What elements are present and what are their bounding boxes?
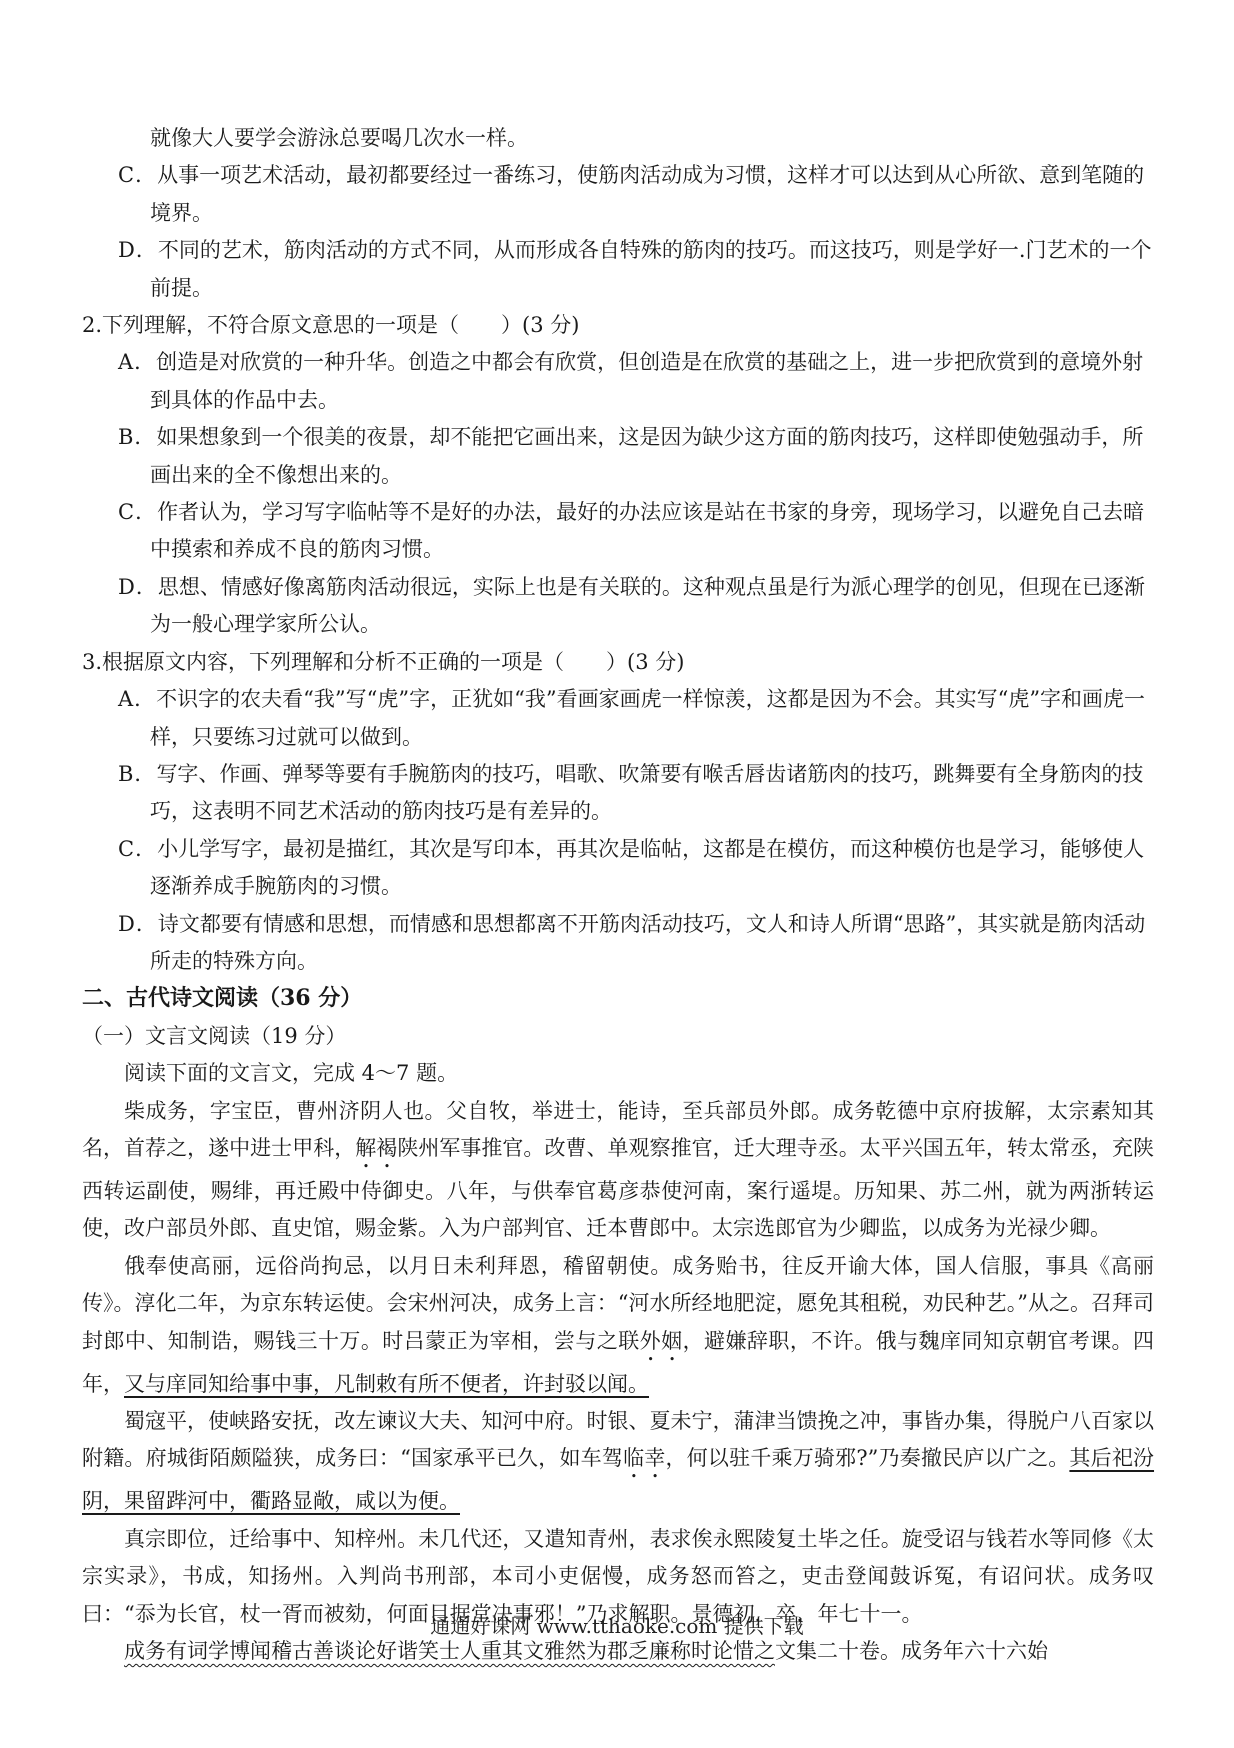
question2-option-a: A．创造是对欣赏的一种升华。创造之中都会有欣赏，但创造是在欣赏的基础之上，进一步…: [82, 344, 1154, 419]
option-text: 不同的艺术，筋肉活动的方式不同，从而形成各自特殊的筋肉的技巧。而这技巧，则是学好…: [150, 238, 1152, 299]
question-2-stem: 2.下列理解，不符合原文意思的一项是（ ）(3 分): [82, 307, 1154, 344]
classical-passage-paragraph-2: 俄奉使高丽，远俗尚拘忌，以月日未利拜恩，稽留朝使。成务贻书，往反开谕大体，国人信…: [82, 1248, 1154, 1403]
option-label: D．: [118, 912, 158, 936]
question1-option-d: D．不同的艺术，筋肉活动的方式不同，从而形成各自特殊的筋肉的技巧。而这技巧，则是…: [82, 232, 1154, 307]
emphasis-dots-text: 解褐: [355, 1136, 397, 1160]
option-text: 写字、作画、弹琴等要有手腕筋肉的技巧，唱歌、吹箫要有喉舌唇齿诸筋肉的技巧，跳舞要…: [150, 762, 1143, 823]
wavy-underlined-text: 成务有词学博闻稽古善谈论好谐笑士人重其文雅然为郡乏廉称时论惜之: [124, 1639, 775, 1663]
emphasis-dots-text: 临幸: [623, 1446, 665, 1470]
option-text: 从事一项艺术活动，最初都要经过一番练习，使筋肉活动成为习惯，这样才可以达到从心所…: [150, 163, 1144, 224]
question3-option-c: C．小儿学写字，最初是描红，其次是写印本，再其次是临帖，这都是在模仿，而这种模仿…: [82, 831, 1154, 906]
question3-option-d: D．诗文都要有情感和思想，而情感和思想都离不开筋肉活动技巧，文人和诗人所谓“思路…: [82, 906, 1154, 981]
question1-option-c: C．从事一项艺术活动，最初都要经过一番练习，使筋肉活动成为习惯，这样才可以达到从…: [82, 157, 1154, 232]
option-text: 不识字的农夫看“我”写“虎”字，正犹如“我”看画家画虎一样惊羡，这都是因为不会。…: [150, 687, 1145, 748]
section-2-heading: 二、古代诗文阅读（36 分）: [82, 980, 1154, 1017]
classical-passage-paragraph-1: 柴成务，字宝臣，曹州济阴人也。父自牧，举进士，能诗，至兵部员外郎。成务乾德中京府…: [82, 1093, 1154, 1248]
question2-option-d: D．思想、情感好像离筋肉活动很远，实际上也是有关联的。这种观点虽是行为派心理学的…: [82, 569, 1154, 644]
option-text: 诗文都要有情感和思想，而情感和思想都离不开筋肉活动技巧，文人和诗人所谓“思路”，…: [150, 912, 1145, 973]
option-text: 创造是对欣赏的一种升华。创造之中都会有欣赏，但创造是在欣赏的基础之上，进一步把欣…: [150, 350, 1143, 411]
option-label: A．: [118, 687, 156, 711]
option-text: 如果想象到一个很美的夜景，却不能把它画出来，这是因为缺少这方面的筋肉技巧，这样即…: [150, 425, 1143, 486]
option-label: C．: [118, 837, 157, 861]
passage-text: 文集二十卷。成务年六十六始: [775, 1639, 1048, 1663]
exam-page-content: 就像大人要学会游泳总要喝几次水一样。 C．从事一项艺术活动，最初都要经过一番练习…: [82, 120, 1154, 1670]
question2-option-c: C．作者认为，学习写字临帖等不是好的办法，最好的办法应该是站在书家的身旁，现场学…: [82, 494, 1154, 569]
question3-option-a: A．不识字的农夫看“我”写“虎”字，正犹如“我”看画家画虎一样惊羡，这都是因为不…: [82, 681, 1154, 756]
question3-option-b: B．写字、作画、弹琴等要有手腕筋肉的技巧，唱歌、吹箫要有喉舌唇齿诸筋肉的技巧，跳…: [82, 756, 1154, 831]
footer-watermark: 通通好课网 www.tthaoke.com 提供下载: [0, 1610, 1234, 1639]
section-2-subheading: （一）文言文阅读（19 分）: [82, 1018, 1154, 1055]
option-label: B．: [118, 425, 156, 449]
emphasis-dots-text: 外姻: [640, 1329, 683, 1353]
passage-text: ，何以驻千乘万骑邪?”乃奏撤民庐以广之。: [666, 1446, 1070, 1470]
option-label: C．: [118, 500, 157, 524]
option-label: D．: [118, 575, 158, 599]
question2-option-b: B．如果想象到一个很美的夜景，却不能把它画出来，这是因为缺少这方面的筋肉技巧，这…: [82, 419, 1154, 494]
option-label: C．: [118, 163, 157, 187]
underlined-text: 又与庠同知给事中事，凡制敕有所不便者，许封驳以闻。: [124, 1372, 649, 1396]
option-text: 小儿学写字，最初是描红，其次是写印本，再其次是临帖，这都是在模仿，而这种模仿也是…: [150, 837, 1144, 898]
option-text: 思想、情感好像离筋肉活动很远，实际上也是有关联的。这种观点虽是行为派心理学的创见…: [150, 575, 1145, 636]
question-3-stem: 3.根据原文内容，下列理解和分析不正确的一项是（ ）(3 分): [82, 644, 1154, 681]
option-label: D．: [118, 238, 158, 262]
option-label: A．: [118, 350, 156, 374]
option-continuation-line: 就像大人要学会游泳总要喝几次水一样。: [82, 120, 1154, 157]
option-label: B．: [118, 762, 156, 786]
passage-instruction: 阅读下面的文言文，完成 4～7 题。: [82, 1055, 1154, 1092]
option-text: 作者认为，学习写字临帖等不是好的办法，最好的办法应该是站在书家的身旁，现场学习，…: [150, 500, 1144, 561]
classical-passage-paragraph-3: 蜀寇平，使峡路安抚，改左谏议大夫、知河中府。时银、夏未宁，蒲津当馈挽之冲，事皆办…: [82, 1403, 1154, 1521]
